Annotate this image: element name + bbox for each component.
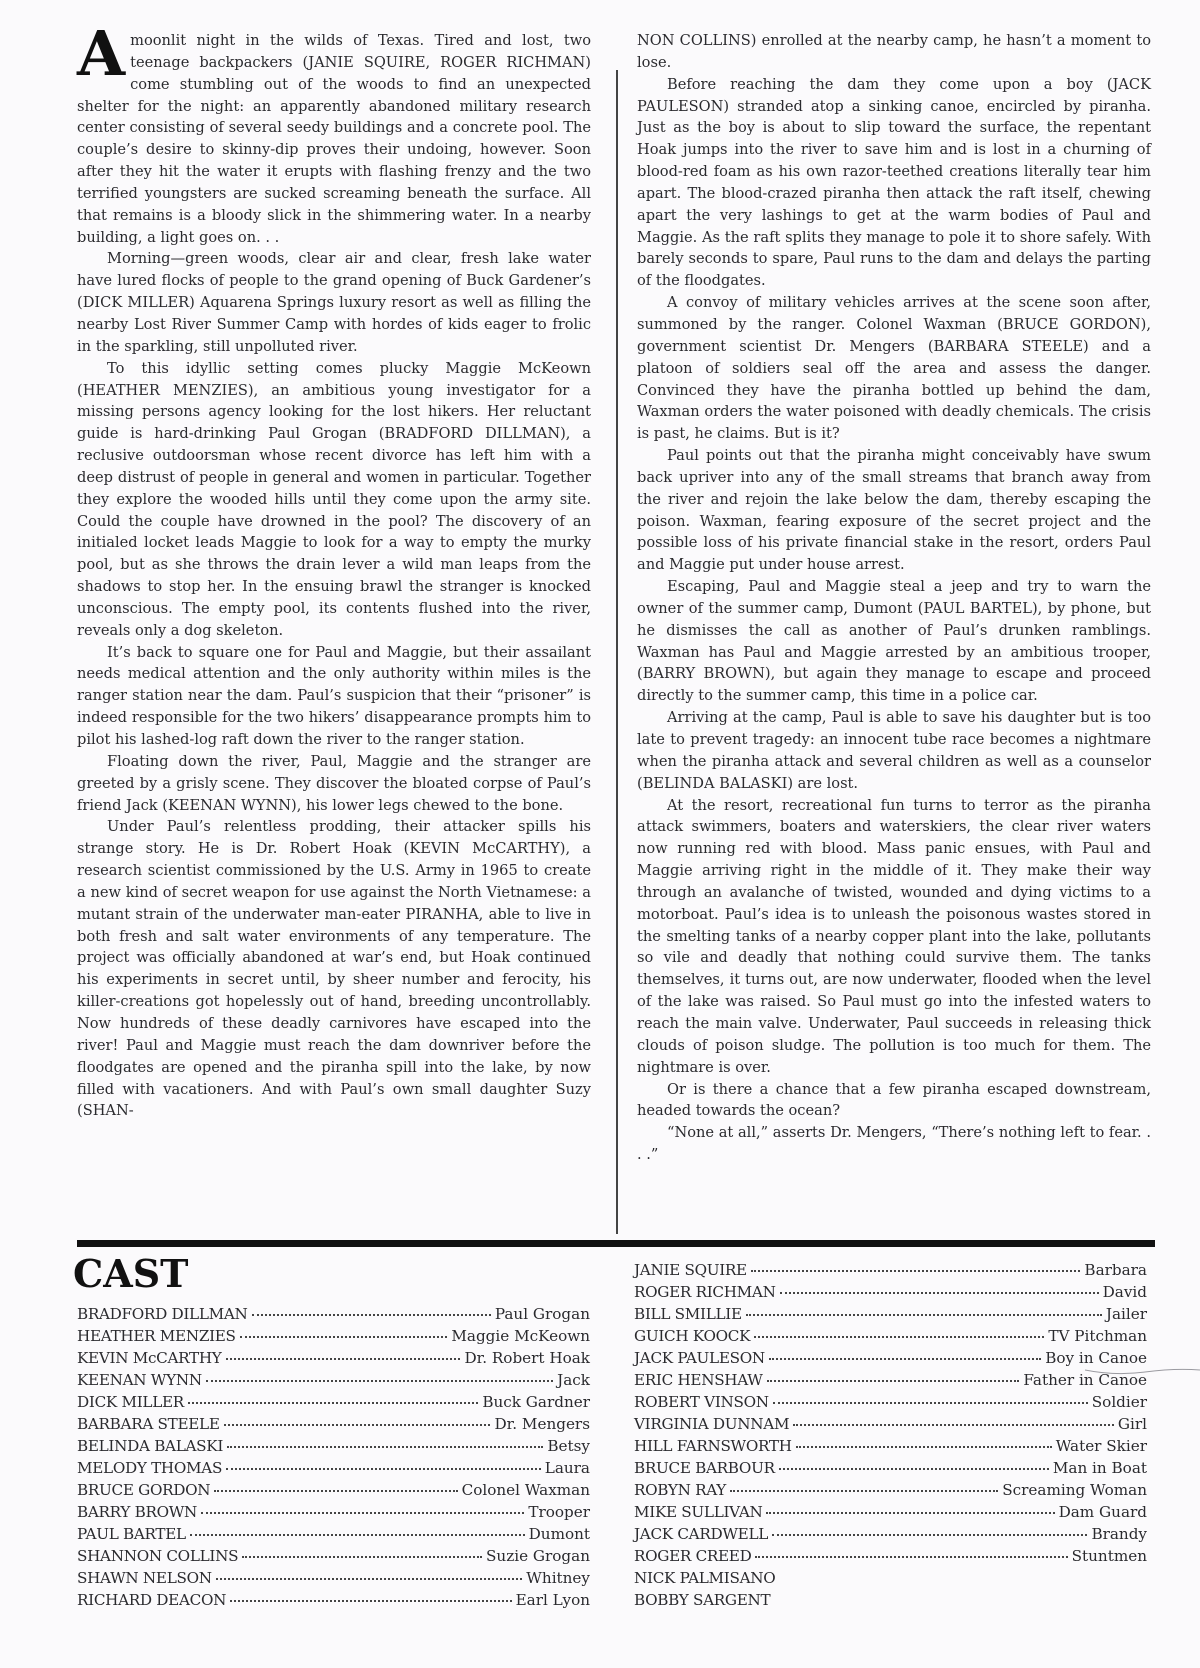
leader-dots — [230, 1588, 511, 1602]
actor-name: JACK PAULESON — [634, 1347, 765, 1369]
paragraph-text: moonlit night in the wilds of Texas. Tir… — [77, 32, 591, 246]
synopsis-paragraph: A convoy of military vehicles arrives at… — [637, 292, 1151, 445]
leader-dots — [751, 1258, 1081, 1272]
synopsis-paragraph: Or is there a chance that a few piranha … — [637, 1079, 1151, 1123]
actor-name: HILL FARNSWORTH — [634, 1435, 792, 1457]
cast-row: ERIC HENSHAWFather in Canoe — [634, 1369, 1147, 1391]
cast-row: ROBYN RAYScreaming Woman — [634, 1479, 1147, 1501]
cast-row: GUICH KOOCKTV Pitchman — [634, 1325, 1147, 1347]
synopsis-paragraph: “None at all,” asserts Dr. Mengers, “The… — [637, 1122, 1151, 1166]
cast-row: PAUL BARTELDumont — [77, 1523, 590, 1545]
leader-dots — [227, 1434, 543, 1448]
cast-row: BELINDA BALASKIBetsy — [77, 1435, 590, 1457]
role-name: Trooper — [528, 1501, 590, 1523]
cast-row: KEVIN McCARTHYDr. Robert Hoak — [77, 1347, 590, 1369]
synopsis-left-column: Amoonlit night in the wilds of Texas. Ti… — [77, 30, 591, 1122]
synopsis-paragraph: To this idyllic setting comes plucky Mag… — [77, 358, 591, 642]
leader-dots — [766, 1500, 1054, 1514]
leader-dots — [767, 1368, 1020, 1382]
leader-dots — [754, 1324, 1044, 1338]
leader-dots — [755, 1544, 1067, 1558]
role-name: Betsy — [547, 1435, 590, 1457]
role-name: Water Skier — [1056, 1435, 1147, 1457]
role-name: Paul Grogan — [495, 1303, 590, 1325]
role-name: David — [1103, 1281, 1147, 1303]
cast-row: DICK MILLERBuck Gardner — [77, 1391, 590, 1413]
role-name: Dr. Mengers — [494, 1413, 590, 1435]
synopsis-paragraph: It’s back to square one for Paul and Mag… — [77, 642, 591, 751]
actor-name: RICHARD DEACON — [77, 1589, 226, 1611]
leader-dots — [214, 1478, 457, 1492]
leader-dots — [796, 1434, 1052, 1448]
actor-name: ROGER RICHMAN — [634, 1281, 776, 1303]
paper-crease-mark — [1085, 1366, 1200, 1378]
synopsis-paragraph: Paul points out that the piranha might c… — [637, 445, 1151, 576]
synopsis-paragraph: Escaping, Paul and Maggie steal a jeep a… — [637, 576, 1151, 707]
role-name: Colonel Waxman — [462, 1479, 590, 1501]
leader-dots — [779, 1456, 1049, 1470]
actor-name: DICK MILLER — [77, 1391, 184, 1413]
role-name: Jailer — [1106, 1303, 1147, 1325]
cast-row: MELODY THOMASLaura — [77, 1457, 590, 1479]
role-name: Brandy — [1091, 1523, 1147, 1545]
cast-row: KEENAN WYNNJack — [77, 1369, 590, 1391]
leader-dots — [190, 1522, 525, 1536]
leader-dots — [793, 1412, 1114, 1426]
actor-name: BRADFORD DILLMAN — [77, 1303, 248, 1325]
actor-name: MELODY THOMAS — [77, 1457, 222, 1479]
column-divider — [616, 70, 618, 1234]
cast-row: SHANNON COLLINSSuzie Grogan — [77, 1545, 590, 1567]
actor-name: BARBARA STEELE — [77, 1413, 220, 1435]
role-name: Dam Guard — [1059, 1501, 1147, 1523]
cast-row: HILL FARNSWORTHWater Skier — [634, 1435, 1147, 1457]
cast-row: BRUCE BARBOURMan in Boat — [634, 1457, 1147, 1479]
synopsis-paragraph: Before reaching the dam they come upon a… — [637, 74, 1151, 292]
cast-row: ROGER RICHMANDavid — [634, 1281, 1147, 1303]
actor-name: JANIE SQUIRE — [634, 1259, 747, 1281]
cast-row: BRUCE GORDONColonel Waxman — [77, 1479, 590, 1501]
leader-dots — [240, 1324, 448, 1338]
actor-name: BELINDA BALASKI — [77, 1435, 223, 1457]
actor-name: KEENAN WYNN — [77, 1369, 202, 1391]
cast-row: NICK PALMISANO — [634, 1567, 1147, 1589]
leader-dots — [224, 1412, 491, 1426]
actor-name: BRUCE BARBOUR — [634, 1457, 775, 1479]
cast-row: JACK CARDWELLBrandy — [634, 1523, 1147, 1545]
actor-name: SHAWN NELSON — [77, 1567, 212, 1589]
leader-dots — [769, 1346, 1041, 1360]
leader-dots — [226, 1456, 541, 1470]
leader-dots — [730, 1478, 998, 1492]
cast-row: ROGER CREEDStuntmen — [634, 1545, 1147, 1567]
actor-name: GUICH KOOCK — [634, 1325, 750, 1347]
actor-name: SHANNON COLLINS — [77, 1545, 238, 1567]
cast-row: VIRGINIA DUNNAMGirl — [634, 1413, 1147, 1435]
actor-name: BILL SMILLIE — [634, 1303, 742, 1325]
role-name: Suzie Grogan — [486, 1545, 590, 1567]
actor-name: BRUCE GORDON — [77, 1479, 210, 1501]
cast-row: RICHARD DEACONEarl Lyon — [77, 1589, 590, 1611]
drop-cap: A — [77, 32, 124, 76]
cast-row: BARRY BROWNTrooper — [77, 1501, 590, 1523]
synopsis-paragraph: NON COLLINS) enrolled at the nearby camp… — [637, 30, 1151, 74]
synopsis-paragraph: Floating down the river, Paul, Maggie an… — [77, 751, 591, 817]
actor-name: BOBBY SARGENT — [634, 1589, 770, 1611]
leader-dots — [252, 1302, 491, 1316]
cast-row: HEATHER MENZIESMaggie McKeown — [77, 1325, 590, 1347]
leader-dots — [772, 1522, 1087, 1536]
role-name: Girl — [1118, 1413, 1147, 1435]
synopsis-paragraph: Arriving at the camp, Paul is able to sa… — [637, 707, 1151, 794]
section-rule — [77, 1240, 1155, 1247]
role-name: Soldier — [1092, 1391, 1147, 1413]
role-name: TV Pitchman — [1048, 1325, 1147, 1347]
role-name: Man in Boat — [1053, 1457, 1147, 1479]
cast-list-left: BRADFORD DILLMANPaul GroganHEATHER MENZI… — [77, 1303, 590, 1611]
synopsis-paragraph: Morning—green woods, clear air and clear… — [77, 248, 591, 357]
cast-row: BOBBY SARGENT — [634, 1589, 1147, 1611]
role-name: Dr. Robert Hoak — [464, 1347, 590, 1369]
cast-row: MIKE SULLIVANDam Guard — [634, 1501, 1147, 1523]
role-name: Dumont — [529, 1523, 590, 1545]
role-name: Maggie McKeown — [451, 1325, 590, 1347]
cast-row: BRADFORD DILLMANPaul Grogan — [77, 1303, 590, 1325]
cast-row: BARBARA STEELEDr. Mengers — [77, 1413, 590, 1435]
role-name: Earl Lyon — [516, 1589, 590, 1611]
actor-name: VIRGINIA DUNNAM — [634, 1413, 789, 1435]
synopsis-paragraph: Under Paul’s relentless prodding, their … — [77, 816, 591, 1122]
role-name: Buck Gardner — [482, 1391, 590, 1413]
cast-row: SHAWN NELSONWhitney — [77, 1567, 590, 1589]
cast-row: JANIE SQUIREBarbara — [634, 1259, 1147, 1281]
role-name: Whitney — [526, 1567, 590, 1589]
leader-dots — [226, 1346, 461, 1360]
cast-row: BILL SMILLIEJailer — [634, 1303, 1147, 1325]
role-name: Stuntmen — [1072, 1545, 1147, 1567]
leader-dots — [201, 1500, 524, 1514]
role-name: Screaming Woman — [1002, 1479, 1147, 1501]
cast-heading: CAST — [73, 1254, 188, 1294]
actor-name: MIKE SULLIVAN — [634, 1501, 762, 1523]
leader-dots — [188, 1390, 478, 1404]
leader-dots — [773, 1390, 1088, 1404]
actor-name: JACK CARDWELL — [634, 1523, 768, 1545]
actor-name: BARRY BROWN — [77, 1501, 197, 1523]
role-name: Barbara — [1084, 1259, 1147, 1281]
actor-name: HEATHER MENZIES — [77, 1325, 236, 1347]
leader-dots — [242, 1544, 482, 1558]
actor-name: ROGER CREED — [634, 1545, 751, 1567]
actor-name: PAUL BARTEL — [77, 1523, 186, 1545]
actor-name: NICK PALMISANO — [634, 1567, 775, 1589]
actor-name: ROBYN RAY — [634, 1479, 726, 1501]
press-sheet-page: Amoonlit night in the wilds of Texas. Ti… — [0, 0, 1200, 1668]
role-name: Jack — [557, 1369, 590, 1391]
actor-name: ROBERT VINSON — [634, 1391, 769, 1413]
leader-dots — [206, 1368, 553, 1382]
cast-list-right: JANIE SQUIREBarbaraROGER RICHMANDavidBIL… — [634, 1259, 1147, 1611]
synopsis-right-column: NON COLLINS) enrolled at the nearby camp… — [637, 30, 1151, 1166]
role-name: Laura — [545, 1457, 590, 1479]
actor-name: KEVIN McCARTHY — [77, 1347, 222, 1369]
leader-dots — [216, 1566, 523, 1580]
leader-dots — [780, 1280, 1099, 1294]
cast-row: ROBERT VINSONSoldier — [634, 1391, 1147, 1413]
synopsis-paragraph: At the resort, recreational fun turns to… — [637, 795, 1151, 1079]
actor-name: ERIC HENSHAW — [634, 1369, 763, 1391]
cast-row: JACK PAULESONBoy in Canoe — [634, 1347, 1147, 1369]
synopsis-paragraph: Amoonlit night in the wilds of Texas. Ti… — [77, 30, 591, 248]
leader-dots — [746, 1302, 1102, 1316]
